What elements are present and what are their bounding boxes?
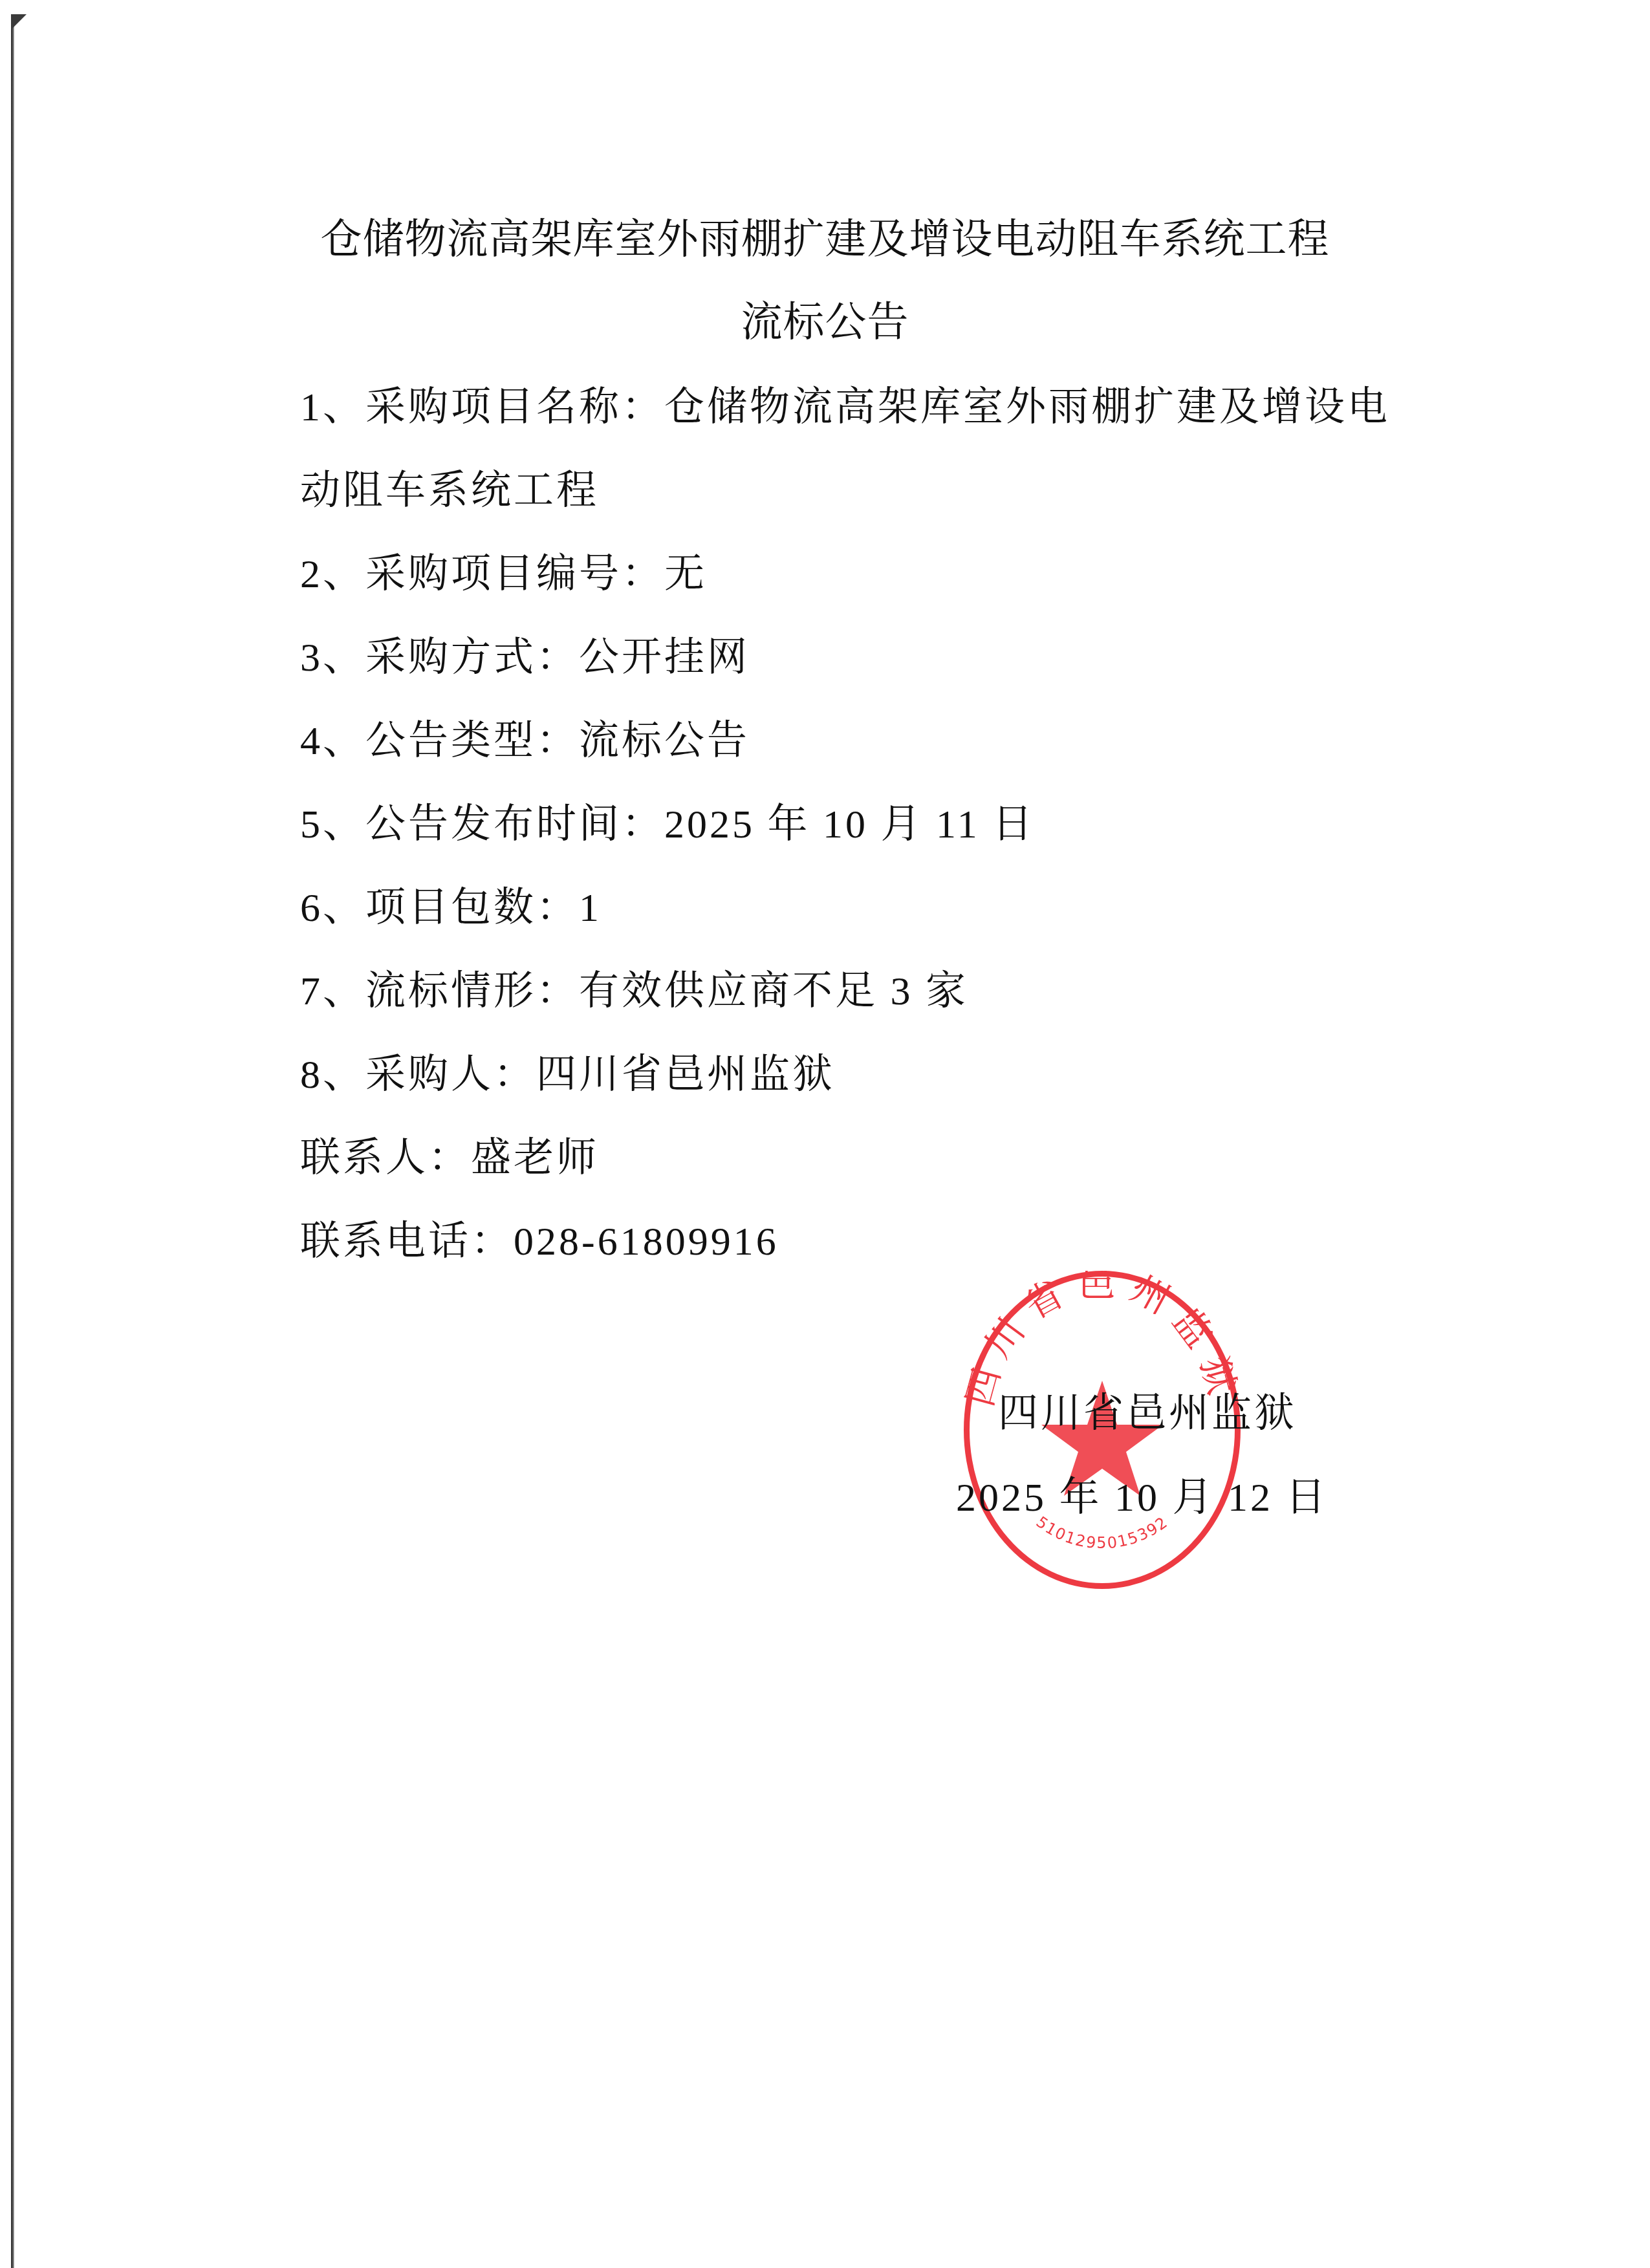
item-value: 2025 年 10 月 11 日	[664, 803, 1035, 847]
item-value: 1	[579, 886, 602, 930]
item-label: 2、采购项目编号：	[300, 552, 664, 596]
item-label: 7、流标情形：	[300, 969, 579, 1013]
item-failure-reason: 7、流标情形：有效供应商不足 3 家	[300, 968, 968, 1015]
item-project-name-continued: 动阻车系统工程	[300, 468, 599, 514]
item-project-name: 1、采购项目名称：仓储物流高架库室外雨棚扩建及增设电	[300, 384, 1390, 431]
item-label: 6、项目包数：	[300, 886, 579, 930]
contact-value: 盛老师	[471, 1136, 599, 1180]
item-purchaser: 8、采购人：四川省邑州监狱	[300, 1052, 835, 1098]
item-publish-date: 5、公告发布时间：2025 年 10 月 11 日	[300, 801, 1035, 848]
phone-label: 联系电话：	[300, 1220, 514, 1264]
signature-organization: 四川省邑州监狱	[998, 1390, 1297, 1437]
item-label: 1、采购项目名称：	[300, 385, 664, 429]
document-subtitle: 流标公告	[0, 299, 1650, 345]
scan-left-edge-shadow	[11, 14, 14, 2268]
scan-corner-shadow	[11, 14, 27, 30]
item-procurement-method: 3、采购方式：公开挂网	[300, 634, 750, 681]
contact-phone: 联系电话：028-61809916	[300, 1218, 779, 1265]
item-label: 5、公告发布时间：	[300, 803, 664, 847]
item-label: 8、采购人：	[300, 1053, 536, 1097]
item-project-number: 2、采购项目编号：无	[300, 551, 707, 598]
item-package-count: 6、项目包数：1	[300, 885, 602, 931]
document-title: 仓储物流高架库室外雨棚扩建及增设电动阻车系统工程	[0, 216, 1650, 263]
signature-date: 2025 年 10 月 12 日	[956, 1474, 1329, 1521]
item-announcement-type: 4、公告类型：流标公告	[300, 718, 750, 764]
phone-value: 028-61809916	[514, 1220, 779, 1264]
item-value: 流标公告	[579, 719, 750, 763]
item-value: 无	[664, 552, 707, 596]
contact-label: 联系人：	[300, 1136, 471, 1180]
item-label: 3、采购方式：	[300, 636, 579, 680]
item-label: 4、公告类型：	[300, 719, 579, 763]
item-value: 有效供应商不足 3 家	[579, 969, 968, 1013]
contact-person: 联系人：盛老师	[300, 1135, 599, 1182]
item-value: 四川省邑州监狱	[536, 1053, 835, 1097]
item-value: 公开挂网	[579, 636, 750, 680]
item-value: 仓储物流高架库室外雨棚扩建及增设电	[664, 385, 1390, 429]
